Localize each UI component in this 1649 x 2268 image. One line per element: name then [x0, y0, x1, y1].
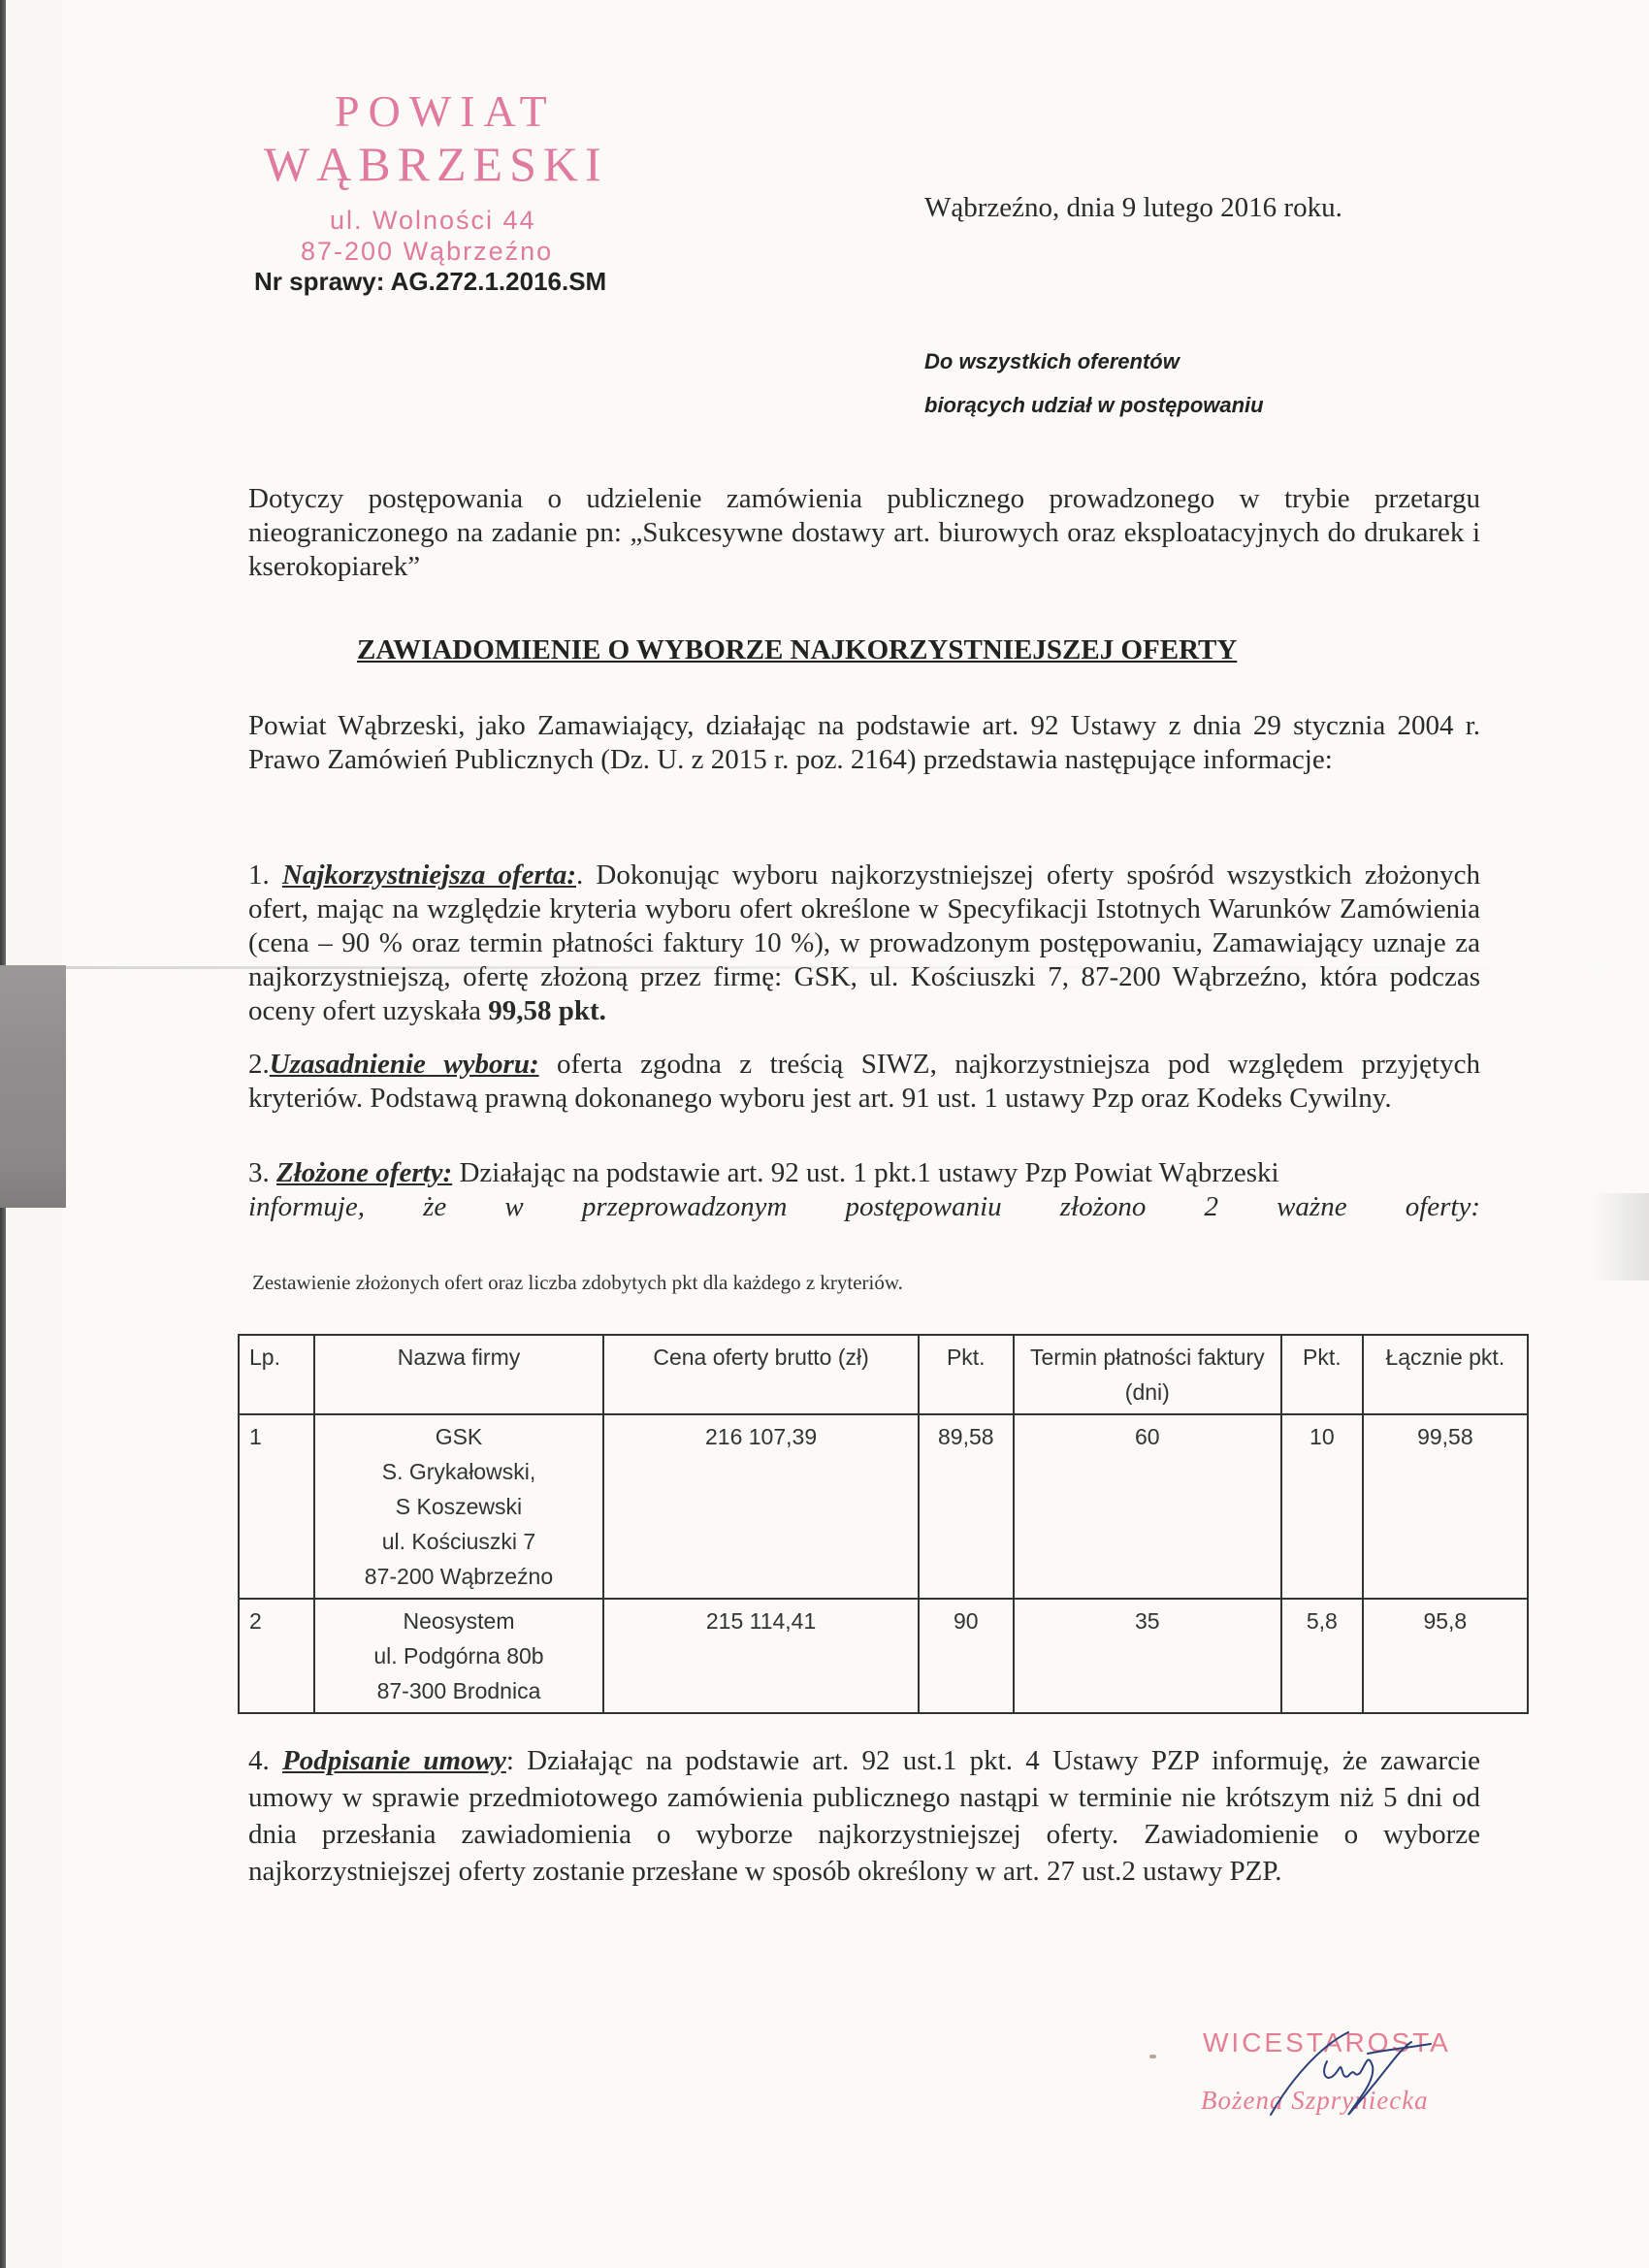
intro-paragraph: Powiat Wąbrzeski, jako Zamawiający, dzia…	[248, 709, 1480, 777]
section-label: Podpisanie umowy	[282, 1745, 506, 1776]
cell-company: Neosystem ul. Podgórna 80b 87-300 Brodni…	[314, 1599, 604, 1713]
cell-company: GSK S. Grykałowski, S Koszewski ul. Kośc…	[314, 1414, 604, 1599]
subject-paragraph: Dotyczy postępowania o udzielenie zamówi…	[248, 482, 1480, 584]
cell-payment-term: 60	[1014, 1414, 1281, 1599]
table-caption: Zestawienie złożonych ofert oraz liczba …	[252, 1271, 903, 1295]
section-justification: 2.Uzasadnienie wyboru: oferta zgodna z t…	[248, 1048, 1480, 1116]
stamp-line-street: ul. Wolności 44	[330, 206, 536, 236]
winning-score: 99,58 pkt.	[488, 995, 606, 1026]
section-label: Złożone oferty:	[276, 1157, 452, 1188]
section-number: 2.	[248, 1049, 270, 1080]
header-price: Cena oferty brutto (zł)	[603, 1335, 919, 1414]
stamp-line-city: 87-200 Wąbrzeźno	[301, 237, 553, 267]
stamp-line-wabrzeski: WĄBRZESKI	[264, 136, 608, 192]
cell-price: 216 107,39	[603, 1414, 919, 1599]
addressee-line: biorących udział w postępowaniu	[924, 383, 1264, 427]
header-total: Łącznie pkt.	[1363, 1335, 1528, 1414]
addressee: Do wszystkich oferentów biorących udział…	[924, 340, 1264, 427]
case-number: Nr sprawy: AG.272.1.2016.SM	[254, 267, 606, 297]
header-payment-term: Termin płatności faktury (dni)	[1014, 1335, 1281, 1414]
section-contract-signing: 4. Podpisanie umowy: Działając na podsta…	[248, 1742, 1480, 1890]
section-number: 3.	[248, 1157, 276, 1188]
cell-total: 95,8	[1363, 1599, 1528, 1713]
cell-term-points: 5,8	[1281, 1599, 1363, 1713]
company-line: 87-300 Brodnica	[321, 1673, 598, 1708]
header-price-points: Pkt.	[919, 1335, 1014, 1414]
section-text-line2: informuje, że w przeprowadzonym postępow…	[248, 1190, 1480, 1224]
section-number: 1.	[248, 859, 282, 891]
scan-shadow	[1591, 1193, 1649, 1280]
section-submitted-offers: 3. Złożone oferty: Działając na podstawi…	[248, 1156, 1480, 1224]
table-header-row: Lp. Nazwa firmy Cena oferty brutto (zł) …	[239, 1335, 1528, 1414]
cell-price-points: 90	[919, 1599, 1014, 1713]
company-line: Neosystem	[321, 1604, 598, 1638]
company-line: ul. Kościuszki 7	[321, 1524, 598, 1559]
document-title: ZAWIADOMIENIE O WYBORZE NAJKORZYSTNIEJSZ…	[357, 634, 1237, 666]
header-term-points: Pkt.	[1281, 1335, 1363, 1414]
section-label: Najkorzystniejsza oferta:	[282, 859, 576, 891]
section-best-offer: 1. Najkorzystniejsza oferta:. Dokonując …	[248, 859, 1480, 1028]
cell-lp: 2	[239, 1599, 314, 1713]
stamp-line-powiat: POWIAT	[335, 85, 556, 137]
addressee-line: Do wszystkich oferentów	[924, 340, 1264, 383]
cell-price-points: 89,58	[919, 1414, 1014, 1599]
handwritten-signature-icon	[1251, 2023, 1445, 2120]
section-number: 4.	[248, 1745, 282, 1776]
offers-table: Lp. Nazwa firmy Cena oferty brutto (zł) …	[238, 1334, 1529, 1714]
company-line: S Koszewski	[321, 1489, 598, 1524]
cell-total: 99,58	[1363, 1414, 1528, 1599]
company-line: 87-200 Wąbrzeźno	[321, 1559, 598, 1594]
company-line: S. Grykałowski,	[321, 1454, 598, 1489]
section-label: Uzasadnienie wyboru:	[270, 1049, 539, 1080]
table-row: 2 Neosystem ul. Podgórna 80b 87-300 Brod…	[239, 1599, 1528, 1713]
place-date: Wąbrzeźno, dnia 9 lutego 2016 roku.	[924, 192, 1342, 224]
company-line: ul. Podgórna 80b	[321, 1638, 598, 1673]
section-text: Działając na podstawie art. 92 ust. 1 pk…	[452, 1157, 1278, 1188]
scan-fold-shadow	[0, 965, 66, 1208]
company-line: GSK	[321, 1419, 598, 1454]
ink-dot	[1149, 2055, 1156, 2058]
header-lp: Lp.	[239, 1335, 314, 1414]
cell-lp: 1	[239, 1414, 314, 1599]
table-row: 1 GSK S. Grykałowski, S Koszewski ul. Ko…	[239, 1414, 1528, 1599]
header-company: Nazwa firmy	[314, 1335, 604, 1414]
cell-price: 215 114,41	[603, 1599, 919, 1713]
cell-payment-term: 35	[1014, 1599, 1281, 1713]
cell-term-points: 10	[1281, 1414, 1363, 1599]
